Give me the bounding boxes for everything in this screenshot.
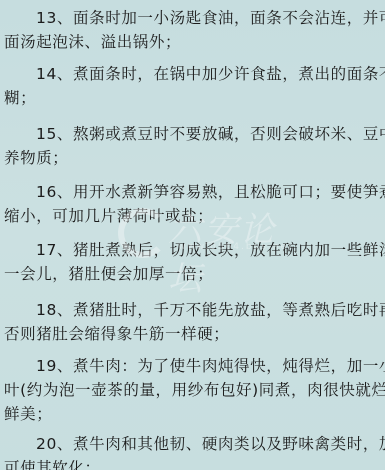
- tip-line: 16、用开水煮新笋容易熟，且松脆可口；要使笋煮后不: [36, 182, 385, 202]
- tip-line: 缩小，可加几片薄荷叶或盐；: [4, 206, 213, 226]
- tip-line: 面汤起泡沫、溢出锅外；: [4, 32, 181, 52]
- document-page: 13、面条时加一小汤匙食油，面条不会沾连，并可防止 面汤起泡沫、溢出锅外； 14…: [0, 0, 385, 470]
- tip-line: 15、熬粥或煮豆时不要放碱，否则会破坏米、豆中的营: [36, 124, 385, 144]
- tip-line: 养物质；: [4, 148, 68, 168]
- tip-line: 14、煮面条时，在锅中加少许食盐，煮出的面条不易烂: [36, 64, 385, 84]
- tip-line: 17、猪肚煮熟后，切成长块，放在碗内加一些鲜汤再蒸: [36, 240, 385, 260]
- tip-line: 鲜美；: [4, 404, 52, 424]
- tip-line: 叶(约为泡一壶茶的量，用纱布包好)同煮，肉很快就烂且味道: [4, 380, 385, 400]
- tip-line: 否则猪肚会缩得象牛筋一样硬；: [4, 324, 229, 344]
- tip-line: 可使其软化；: [4, 458, 101, 470]
- tip-line: 19、煮牛肉：为了使牛肉炖得快，炖得烂，加一小撮茶: [36, 356, 385, 376]
- tip-line: 20、煮牛肉和其他韧、硬肉类以及野味禽类时，加点醋: [36, 434, 385, 454]
- tip-line: 糊；: [4, 88, 36, 108]
- tip-line: 13、面条时加一小汤匙食油，面条不会沾连，并可防止: [36, 8, 385, 28]
- tip-line: 一会儿，猪肚便会加厚一倍；: [4, 264, 213, 284]
- tip-line: 18、煮猪肚时，千万不能先放盐，等煮熟后吃时再放盐: [36, 300, 385, 320]
